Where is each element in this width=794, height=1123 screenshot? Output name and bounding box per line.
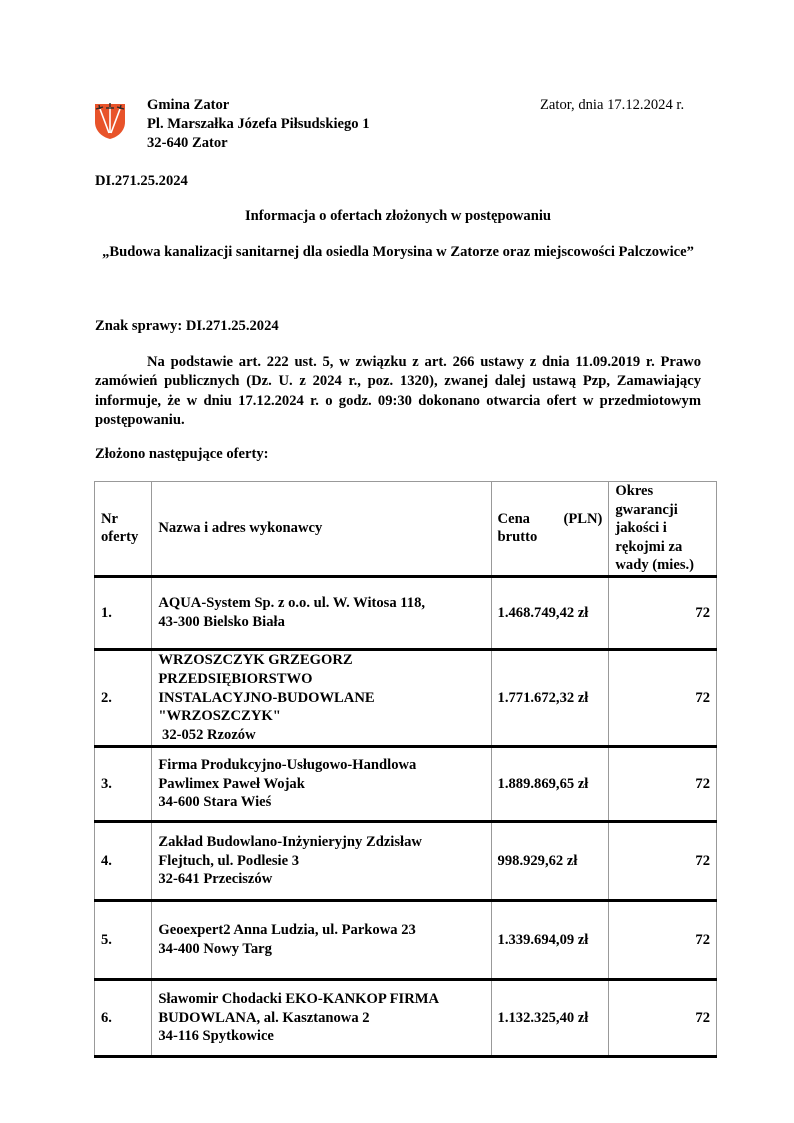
offer-warranty-months: 72 (609, 746, 717, 821)
coat-of-arms-shield-icon (93, 100, 127, 140)
table-row: 1.AQUA-System Sp. z o.o. ul. W. Witosa 1… (95, 576, 717, 649)
contractor-line: PRZEDSIĘBIORSTWO (158, 670, 484, 689)
contractor-line: 32-052 Rzozów (158, 726, 484, 745)
offer-warranty-months: 72 (609, 900, 717, 979)
document-reference: DI.271.25.2024 (95, 173, 188, 190)
procurement-subject: „Budowa kanalizacji sanitarnej dla osied… (95, 243, 701, 262)
offer-number: 5. (95, 900, 152, 979)
header-warranty: Okres gwarancji jakości i rękojmi za wad… (609, 482, 717, 577)
document-title: Informacja o ofertach złożonych w postęp… (95, 207, 701, 226)
offer-number: 4. (95, 821, 152, 900)
contractor-line: 43-300 Bielsko Biała (158, 613, 484, 632)
table-row: 2.WRZOSZCZYK GRZEGORZPRZEDSIĘBIORSTWOINS… (95, 649, 717, 746)
contractor-line: 32-641 Przeciszów (158, 870, 484, 889)
contractor-line: INSTALACYJNO-BUDOWLANE (158, 689, 484, 708)
contractor-line: "WRZOSZCZYK" (158, 707, 484, 726)
offer-number: 6. (95, 979, 152, 1056)
offer-number: 2. (95, 649, 152, 746)
issuer-block: Gmina Zator Pl. Marszałka Józefa Piłsuds… (147, 96, 370, 153)
offer-warranty-months: 72 (609, 821, 717, 900)
contractor-line: WRZOSZCZYK GRZEGORZ (158, 651, 484, 670)
header-offer-number: Nr oferty (95, 482, 152, 577)
contractor-line: Sławomir Chodacki EKO-KANKOP FIRMA (158, 990, 484, 1009)
contractor-name-address: WRZOSZCZYK GRZEGORZPRZEDSIĘBIORSTWOINSTA… (152, 649, 491, 746)
contractor-name-address: Zakład Budowlano-Inżynieryjny ZdzisławFl… (152, 821, 491, 900)
offer-warranty-months: 72 (609, 979, 717, 1056)
contractor-line: AQUA-System Sp. z o.o. ul. W. Witosa 118… (158, 594, 484, 613)
offers-table: Nr oferty Nazwa i adres wykonawcy Cena (… (94, 481, 717, 1058)
contractor-name-address: Geoexpert2 Anna Ludzia, ul. Parkowa 2334… (152, 900, 491, 979)
offer-price: 1.889.869,65 zł (491, 746, 609, 821)
contractor-name-address: Sławomir Chodacki EKO-KANKOP FIRMABUDOWL… (152, 979, 491, 1056)
offer-price: 1.339.694,09 zł (491, 900, 609, 979)
offer-number: 3. (95, 746, 152, 821)
offers-lead-text: Złożono następujące oferty: (95, 446, 268, 463)
offer-price: 1.468.749,42 zł (491, 576, 609, 649)
table-row: 5.Geoexpert2 Anna Ludzia, ul. Parkowa 23… (95, 900, 717, 979)
header-price-gross: brutto (498, 528, 603, 547)
issuer-postal: 32-640 Zator (147, 134, 370, 153)
offer-warranty-months: 72 (609, 649, 717, 746)
document-page: Gmina Zator Pl. Marszałka Józefa Piłsuds… (0, 0, 794, 1123)
table-row: 3.Firma Produkcyjno-Usługowo-HandlowaPaw… (95, 746, 717, 821)
header-contractor: Nazwa i adres wykonawcy (152, 482, 491, 577)
contractor-line: Zakład Budowlano-Inżynieryjny Zdzisław (158, 833, 484, 852)
table-row: 4.Zakład Budowlano-Inżynieryjny Zdzisław… (95, 821, 717, 900)
table-row: 6.Sławomir Chodacki EKO-KANKOP FIRMABUDO… (95, 979, 717, 1056)
offer-price: 998.929,62 zł (491, 821, 609, 900)
offer-price: 1.132.325,40 zł (491, 979, 609, 1056)
contractor-name-address: Firma Produkcyjno-Usługowo-HandlowaPawli… (152, 746, 491, 821)
contractor-name-address: AQUA-System Sp. z o.o. ul. W. Witosa 118… (152, 576, 491, 649)
table-header-row: Nr oferty Nazwa i adres wykonawcy Cena (… (95, 482, 717, 577)
legal-basis-paragraph: Na podstawie art. 222 ust. 5, w związku … (95, 353, 701, 430)
offer-price: 1.771.672,32 zł (491, 649, 609, 746)
contractor-line: Firma Produkcyjno-Usługowo-Handlowa (158, 756, 484, 775)
issuer-address: Pl. Marszałka Józefa Piłsudskiego 1 (147, 115, 370, 134)
offer-number: 1. (95, 576, 152, 649)
header-price: Cena (PLN) brutto (491, 482, 609, 577)
header-price-label: Cena (498, 510, 530, 529)
contractor-line: 34-116 Spytkowice (158, 1027, 484, 1046)
header-price-currency: (PLN) (563, 510, 602, 529)
case-number: Znak sprawy: DI.271.25.2024 (95, 318, 279, 335)
contractor-line: Flejtuch, ul. Podlesie 3 (158, 852, 484, 871)
place-and-date: Zator, dnia 17.12.2024 r. (540, 96, 684, 115)
contractor-line: 34-600 Stara Wieś (158, 793, 484, 812)
offer-warranty-months: 72 (609, 576, 717, 649)
contractor-line: BUDOWLANA, al. Kasztanowa 2 (158, 1009, 484, 1028)
contractor-line: 34-400 Nowy Targ (158, 940, 484, 959)
contractor-line: Geoexpert2 Anna Ludzia, ul. Parkowa 23 (158, 921, 484, 940)
contractor-line: Pawlimex Paweł Wojak (158, 775, 484, 794)
issuer-name: Gmina Zator (147, 96, 370, 115)
